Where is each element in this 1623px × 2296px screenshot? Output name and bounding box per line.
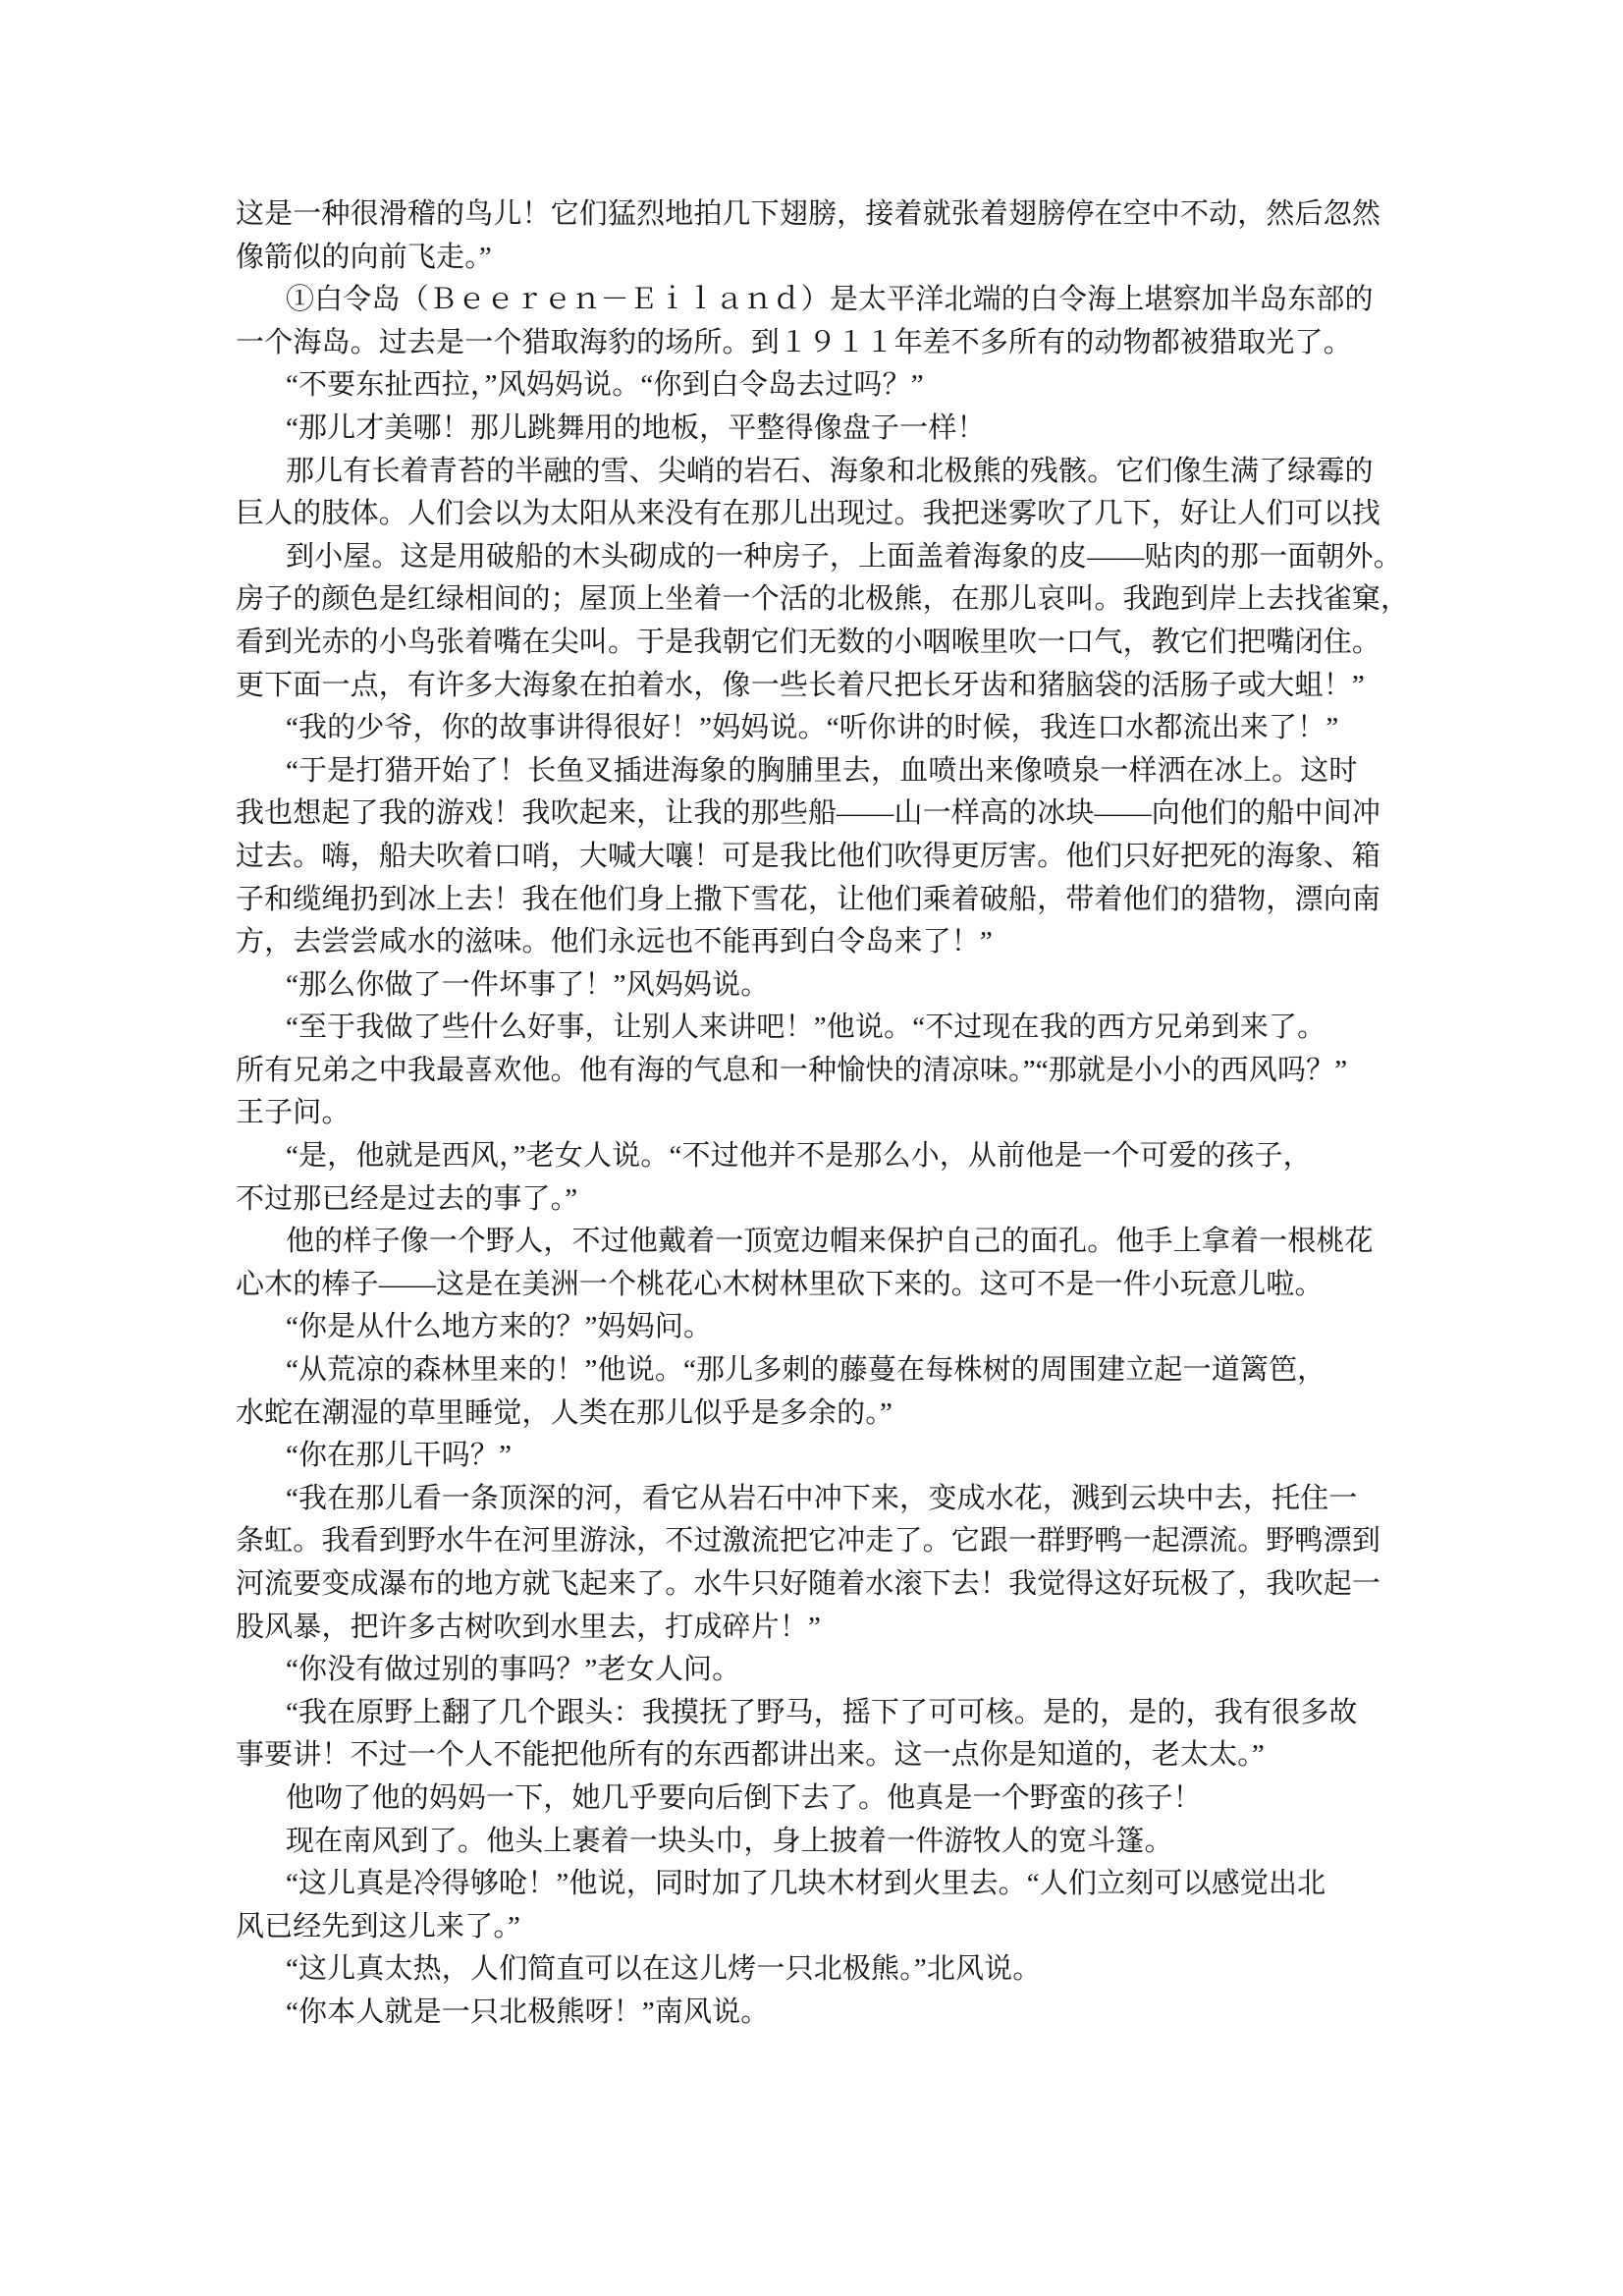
text-line: 他的样子像一个野人，不过他戴着一顶宽边帽来保护自己的面孔。他手上拿着一根桃花 bbox=[236, 1221, 1483, 1264]
text-line: 房子的颜色是红绿相间的；屋顶上坐着一个活的北极熊，在那儿哀叫。我跑到岸上去找雀窠… bbox=[236, 578, 1483, 622]
text-line: ①白令岛（Ｂｅｅｒｅｎ－Ｅｉｌａｎｄ）是太平洋北端的白令海上堪察加半岛东部的 bbox=[236, 279, 1483, 322]
text-line: “我在原野上翻了几个跟头：我摸抚了野马，摇下了可可核。是的，是的，我有很多故 bbox=[236, 1692, 1483, 1735]
text-line: “你没有做过别的事吗？”老女人问。 bbox=[236, 1649, 1483, 1692]
text-line: 事要讲！不过一个人不能把他所有的东西都讲出来。这一点你是知道的，老太太。” bbox=[236, 1734, 1483, 1777]
text-line: “这儿真太热，人们简直可以在这儿烤一只北极熊。”北风说。 bbox=[236, 1948, 1483, 1992]
text-line: 河流要变成瀑布的地方就飞起来了。水牛只好随着水滚下去！我觉得这好玩极了，我吹起一 bbox=[236, 1563, 1483, 1607]
text-line: “我在那儿看一条顶深的河，看它从岩石中冲下来，变成水花，溅到云块中去，托住一 bbox=[236, 1478, 1483, 1521]
text-line: 现在南风到了。他头上裹着一块头巾，身上披着一件游牧人的宽斗篷。 bbox=[236, 1821, 1483, 1864]
text-line: “我的少爷，你的故事讲得很好！”妈妈说。“听你讲的时候，我连口水都流出来了！” bbox=[236, 707, 1483, 750]
text-line: 他吻了他的妈妈一下，她几乎要向后倒下去了。他真是一个野蛮的孩子！ bbox=[236, 1777, 1483, 1821]
text-line: “于是打猎开始了！长鱼叉插进海象的胸脯里去，血喷出来像喷泉一样洒在冰上。这时 bbox=[236, 750, 1483, 793]
text-line: “从荒凉的森林里来的！”他说。“那儿多刺的藤蔓在每株树的周围建立起一道篱笆， bbox=[236, 1349, 1483, 1393]
text-line: 子和缆绳扔到冰上去！我在他们身上撒下雪花，让他们乘着破船，带着他们的猎物，漂向南 bbox=[236, 879, 1483, 922]
text-line: 我也想起了我的游戏！我吹起来，让我的那些船——山一样高的冰块——向他们的船中间冲 bbox=[236, 793, 1483, 836]
text-line: 股风暴，把许多古树吹到水里去，打成碎片！” bbox=[236, 1607, 1483, 1650]
text-line: “是，他就是西风，”老女人说。“不过他并不是那么小，从前他是一个可爱的孩子， bbox=[236, 1135, 1483, 1178]
text-line: 条虹。我看到野水牛在河里游泳，不过激流把它冲走了。它跟一群野鸭一起漂流。野鸭漂到 bbox=[236, 1520, 1483, 1563]
text-line: “至于我做了些什么好事，让别人来讲吧！”他说。“不过现在我的西方兄弟到来了。 bbox=[236, 1007, 1483, 1050]
text-line: “那么你做了一件坏事了！”风妈妈说。 bbox=[236, 964, 1483, 1008]
text-line: “不要东扯西拉，”风妈妈说。“你到白令岛去过吗？” bbox=[236, 364, 1483, 408]
text-line: “你是从什么地方来的？”妈妈问。 bbox=[236, 1306, 1483, 1349]
text-line: “你在那儿干吗？” bbox=[236, 1435, 1483, 1478]
text-line: 更下面一点，有许多大海象在拍着水，像一些长着尺把长牙齿和猪脑袋的活肠子或大蛆！” bbox=[236, 665, 1483, 708]
story-text-block: 这是一种很滑稽的鸟儿！它们猛烈地拍几下翅膀，接着就张着翅膀停在空中不动，然后忽然… bbox=[236, 193, 1483, 2035]
text-line: “你本人就是一只北极熊呀！”南风说。 bbox=[236, 1992, 1483, 2035]
text-line: 王子问。 bbox=[236, 1092, 1483, 1135]
text-line: 一个海岛。过去是一个猎取海豹的场所。到１９１１年差不多所有的动物都被猎取光了。 bbox=[236, 322, 1483, 365]
text-line: 这是一种很滑稽的鸟儿！它们猛烈地拍几下翅膀，接着就张着翅膀停在空中不动，然后忽然 bbox=[236, 193, 1483, 237]
document-page: 这是一种很滑稽的鸟儿！它们猛烈地拍几下翅膀，接着就张着翅膀停在空中不动，然后忽然… bbox=[0, 0, 1623, 2296]
text-line: “那儿才美哪！那儿跳舞用的地板，平整得像盘子一样！ bbox=[236, 408, 1483, 451]
text-line: 方，去尝尝咸水的滋味。他们永远也不能再到白令岛来了！” bbox=[236, 921, 1483, 964]
text-line: 过去。嗨，船夫吹着口哨，大喊大嚷！可是我比他们吹得更厉害。他们只好把死的海象、箱 bbox=[236, 836, 1483, 879]
text-line: 到小屋。这是用破船的木头砌成的一种房子，上面盖着海象的皮——贴肉的那一面朝外。 bbox=[236, 536, 1483, 579]
text-line: 所有兄弟之中我最喜欢他。他有海的气息和一种愉快的清凉味。”“那就是小小的西风吗？… bbox=[236, 1050, 1483, 1093]
text-line: 巨人的肢体。人们会以为太阳从来没有在那儿出现过。我把迷雾吹了几下，好让人们可以找 bbox=[236, 493, 1483, 536]
text-line: “这儿真是冷得够呛！”他说，同时加了几块木材到火里去。“人们立刻可以感觉出北 bbox=[236, 1863, 1483, 1906]
text-line: 像箭似的向前飞走。” bbox=[236, 237, 1483, 280]
text-line: 那儿有长着青苔的半融的雪、尖峭的岩石、海象和北极熊的残骸。它们像生满了绿霉的 bbox=[236, 451, 1483, 494]
text-line: 不过那已经是过去的事了。” bbox=[236, 1178, 1483, 1222]
text-line: 水蛇在潮湿的草里睡觉，人类在那儿似乎是多余的。” bbox=[236, 1393, 1483, 1436]
text-line: 看到光赤的小鸟张着嘴在尖叫。于是我朝它们无数的小咽喉里吹一口气，教它们把嘴闭住。 bbox=[236, 622, 1483, 665]
text-line: 风已经先到这儿来了。” bbox=[236, 1906, 1483, 1949]
text-line: 心木的棒子——这是在美洲一个桃花心木树林里砍下来的。这可不是一件小玩意儿啦。 bbox=[236, 1264, 1483, 1307]
